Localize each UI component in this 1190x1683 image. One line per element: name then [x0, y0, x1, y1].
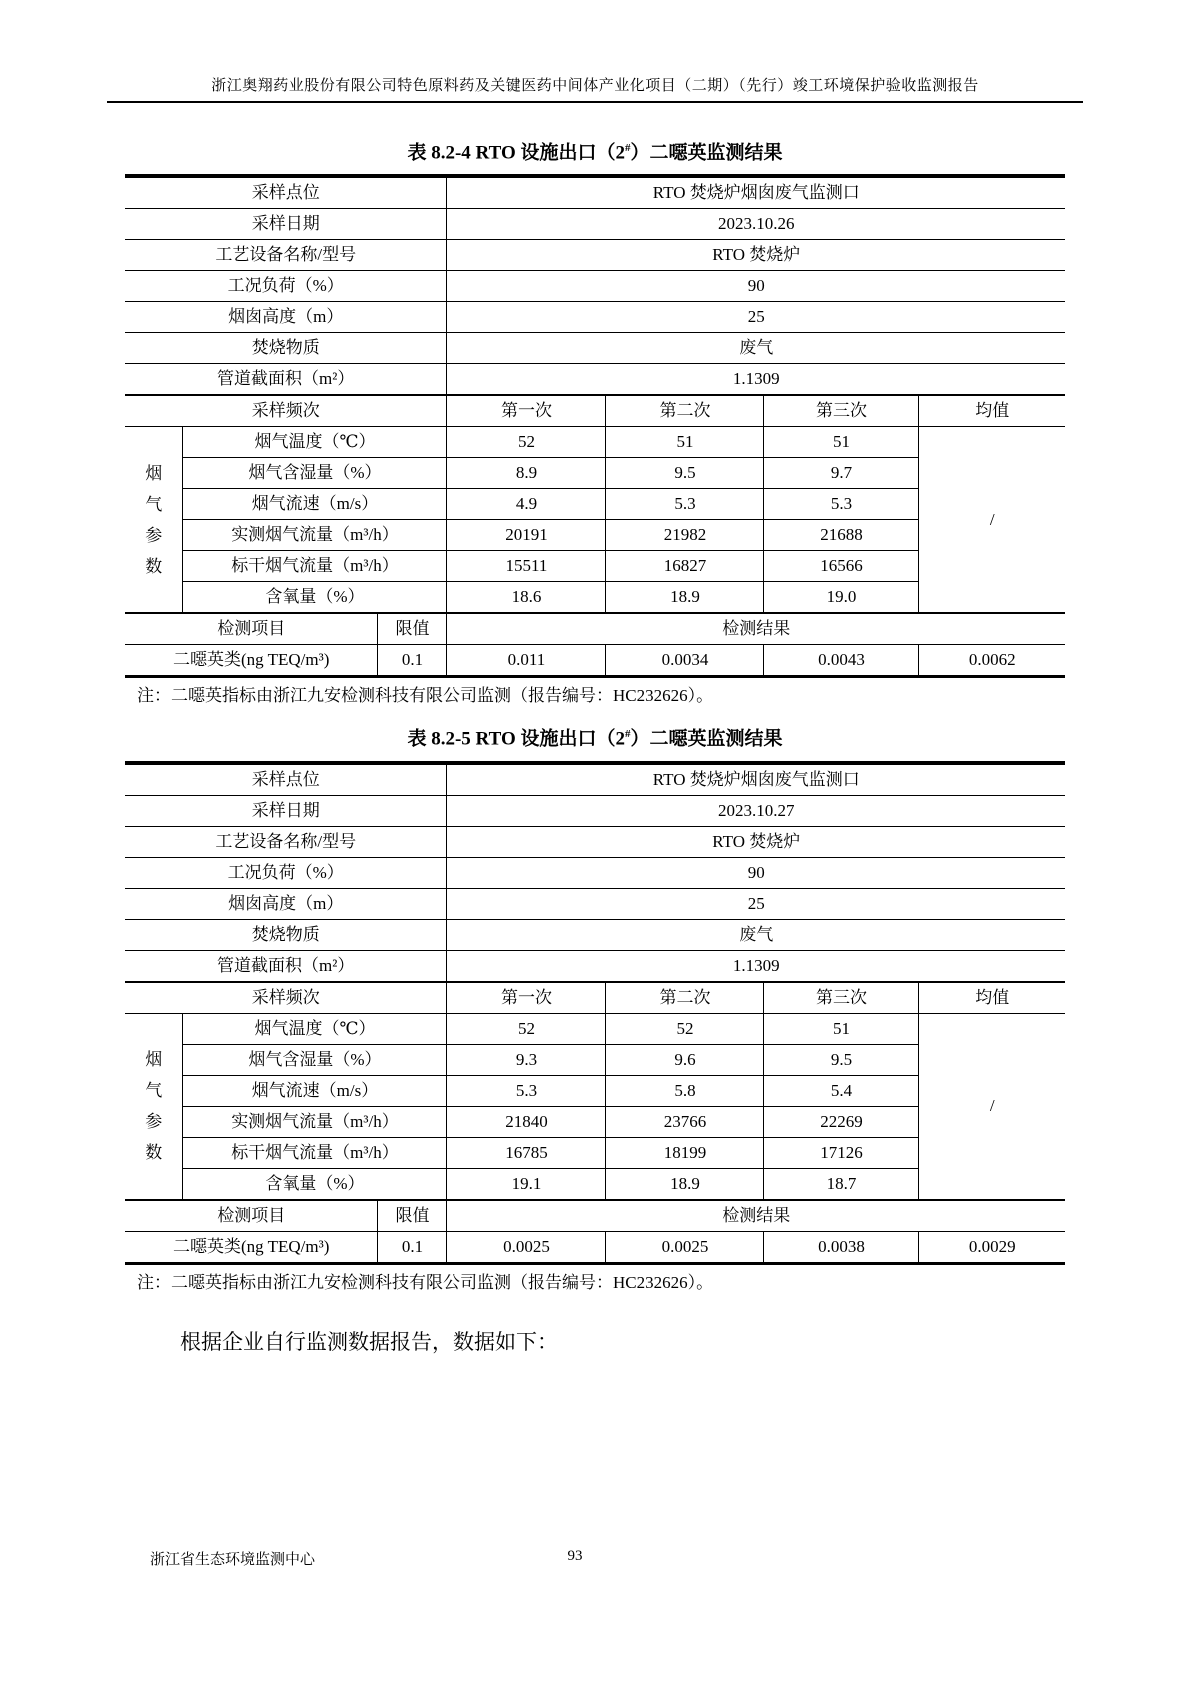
info-value-cell: 2023.10.27: [447, 795, 1065, 826]
body-paragraph: 根据企业自行监测数据报告，数据如下：: [180, 1328, 1083, 1356]
info-value-cell: 25: [447, 888, 1065, 919]
param-value-cell: 21982: [606, 520, 764, 551]
param-value-cell: 9.5: [606, 458, 764, 489]
dioxin-value-cell: 0.0034: [606, 645, 764, 677]
info-label-cell: 烟囱高度（m）: [125, 888, 447, 919]
info-label-cell: 管道截面积（m²）: [125, 950, 447, 982]
param-value-cell: 52: [447, 1013, 606, 1044]
report-header-title: 浙江奥翔药业股份有限公司特色原料药及关键医药中间体产业化项目（二期）（先行）竣工…: [211, 78, 979, 94]
dioxin-limit-cell: 0.1: [378, 1231, 447, 1263]
param-label-cell: 烟气含湿量（%）: [183, 458, 447, 489]
detection-item-cell: 检测项目: [125, 613, 378, 645]
info-value-cell: 2023.10.26: [447, 209, 1065, 240]
page-content: 浙江奥翔药业股份有限公司特色原料药及关键医药中间体产业化项目（二期）（先行）竣工…: [107, 0, 1083, 1356]
frequency-col-cell: 第二次: [606, 982, 764, 1014]
param-value-cell: 52: [606, 1013, 764, 1044]
detection-header-row: 检测项目 限值 检测结果: [125, 1200, 1065, 1232]
table-2-title-pre: 表 8.2-5 RTO 设施出口（2: [407, 729, 625, 750]
param-value-cell: 16827: [606, 551, 764, 582]
frequency-col-cell: 第三次: [764, 395, 919, 427]
param-value-cell: 5.8: [606, 1075, 764, 1106]
dioxin-mean-cell: 0.0029: [919, 1231, 1065, 1263]
info-value-cell: RTO 焚烧炉烟囱废气监测口: [447, 176, 1065, 209]
table-row: 焚烧物质 废气: [125, 333, 1065, 364]
dioxin-row: 二噁英类(ng TEQ/m³) 0.1 0.0025 0.0025 0.0038…: [125, 1231, 1065, 1263]
param-value-cell: 20191: [447, 520, 606, 551]
table-1-title-pre: 表 8.2-4 RTO 设施出口（2: [407, 142, 625, 163]
param-value-cell: 18.9: [606, 1168, 764, 1200]
param-label-cell: 实测烟气流量（m³/h）: [183, 520, 447, 551]
param-label-cell: 实测烟气流量（m³/h）: [183, 1106, 447, 1137]
footer-page-number: 93: [0, 1548, 1150, 1565]
param-label-cell: 烟气温度（℃）: [183, 427, 447, 458]
frequency-col-cell: 均值: [919, 982, 1065, 1014]
param-value-cell: 5.4: [764, 1075, 919, 1106]
param-row: 烟气参数 烟气温度（℃） 52 51 51 /: [125, 427, 1065, 458]
info-value-cell: RTO 焚烧炉: [447, 240, 1065, 271]
dioxin-label-cell: 二噁英类(ng TEQ/m³): [125, 645, 378, 677]
table-row: 管道截面积（m²） 1.1309: [125, 950, 1065, 982]
param-value-cell: 51: [764, 1013, 919, 1044]
info-value-cell: 废气: [447, 919, 1065, 950]
info-value-cell: 25: [447, 302, 1065, 333]
param-value-cell: 9.6: [606, 1044, 764, 1075]
param-group-label: 烟气参数: [145, 1044, 163, 1168]
param-label-cell: 烟气含湿量（%）: [183, 1044, 447, 1075]
detection-header-row: 检测项目 限值 检测结果: [125, 613, 1065, 645]
frequency-col-cell: 第一次: [447, 395, 606, 427]
frequency-header-row: 采样频次 第一次 第二次 第三次 均值: [125, 982, 1065, 1014]
detection-item-cell: 检测项目: [125, 1200, 378, 1232]
info-label-cell: 烟囱高度（m）: [125, 302, 447, 333]
table-row: 采样点位 RTO 焚烧炉烟囱废气监测口: [125, 176, 1065, 209]
detection-result-cell: 检测结果: [447, 613, 1065, 645]
info-label-cell: 焚烧物质: [125, 919, 447, 950]
param-value-cell: 5.3: [447, 1075, 606, 1106]
detection-limit-cell: 限值: [378, 1200, 447, 1232]
info-label-cell: 管道截面积（m²）: [125, 364, 447, 396]
frequency-col-cell: 第一次: [447, 982, 606, 1014]
table-2-title: 表 8.2-5 RTO 设施出口（2#）二噁英监测结果: [107, 721, 1083, 752]
table-2-title-post: ）二噁英监测结果: [630, 729, 782, 750]
param-value-cell: 19.0: [764, 582, 919, 614]
table-row: 管道截面积（m²） 1.1309: [125, 364, 1065, 396]
param-value-cell: 8.9: [447, 458, 606, 489]
param-label-cell: 烟气流速（m/s）: [183, 489, 447, 520]
table-1-title-post: ）二噁英监测结果: [630, 142, 782, 163]
frequency-col-cell: 第三次: [764, 982, 919, 1014]
table-row: 采样点位 RTO 焚烧炉烟囱废气监测口: [125, 763, 1065, 796]
param-value-cell: 18199: [606, 1137, 764, 1168]
info-label-cell: 焚烧物质: [125, 333, 447, 364]
param-value-cell: 52: [447, 427, 606, 458]
dioxin-value-cell: 0.0038: [764, 1231, 919, 1263]
table-1-note: 注：二噁英指标由浙江九安检测科技有限公司监测（报告编号：HC232626）。: [125, 685, 1065, 707]
detection-limit-cell: 限值: [378, 613, 447, 645]
param-value-cell: 18.7: [764, 1168, 919, 1200]
param-mean-cell: /: [919, 427, 1065, 614]
frequency-label-cell: 采样频次: [125, 395, 447, 427]
param-value-cell: 23766: [606, 1106, 764, 1137]
dioxin-row: 二噁英类(ng TEQ/m³) 0.1 0.011 0.0034 0.0043 …: [125, 645, 1065, 677]
param-value-cell: 22269: [764, 1106, 919, 1137]
info-label-cell: 工艺设备名称/型号: [125, 240, 447, 271]
info-value-cell: RTO 焚烧炉: [447, 826, 1065, 857]
param-value-cell: 18.6: [447, 582, 606, 614]
table-row: 工况负荷（%） 90: [125, 271, 1065, 302]
param-value-cell: 51: [764, 427, 919, 458]
detection-result-cell: 检测结果: [447, 1200, 1065, 1232]
info-label-cell: 采样日期: [125, 795, 447, 826]
param-value-cell: 18.9: [606, 582, 764, 614]
info-label-cell: 采样点位: [125, 176, 447, 209]
info-value-cell: 90: [447, 271, 1065, 302]
param-value-cell: 16785: [447, 1137, 606, 1168]
table-row: 工艺设备名称/型号 RTO 焚烧炉: [125, 240, 1065, 271]
param-value-cell: 9.3: [447, 1044, 606, 1075]
param-label-cell: 含氧量（%）: [183, 582, 447, 614]
info-label-cell: 采样日期: [125, 209, 447, 240]
table-1-title: 表 8.2-4 RTO 设施出口（2#）二噁英监测结果: [107, 135, 1083, 166]
param-label-cell: 标干烟气流量（m³/h）: [183, 1137, 447, 1168]
param-value-cell: 15511: [447, 551, 606, 582]
frequency-header-row: 采样频次 第一次 第二次 第三次 均值: [125, 395, 1065, 427]
param-group-label: 烟气参数: [145, 458, 163, 582]
document-page: 浙江奥翔药业股份有限公司特色原料药及关键医药中间体产业化项目（二期）（先行）竣工…: [0, 0, 1190, 1683]
info-label-cell: 采样点位: [125, 763, 447, 796]
table-row: 烟囱高度（m） 25: [125, 888, 1065, 919]
table-row: 焚烧物质 废气: [125, 919, 1065, 950]
dioxin-limit-cell: 0.1: [378, 645, 447, 677]
param-value-cell: 21840: [447, 1106, 606, 1137]
dioxin-value-cell: 0.0043: [764, 645, 919, 677]
param-value-cell: 51: [606, 427, 764, 458]
info-label-cell: 工况负荷（%）: [125, 857, 447, 888]
info-label-cell: 工艺设备名称/型号: [125, 826, 447, 857]
param-value-cell: 4.9: [447, 489, 606, 520]
info-value-cell: 90: [447, 857, 1065, 888]
param-label-cell: 烟气温度（℃）: [183, 1013, 447, 1044]
table-row: 采样日期 2023.10.27: [125, 795, 1065, 826]
dioxin-value-cell: 0.0025: [447, 1231, 606, 1263]
param-group-label-cell: 烟气参数: [125, 1013, 183, 1200]
page-header: 浙江奥翔药业股份有限公司特色原料药及关键医药中间体产业化项目（二期）（先行）竣工…: [107, 0, 1083, 103]
param-value-cell: 16566: [764, 551, 919, 582]
table-2-note: 注：二噁英指标由浙江九安检测科技有限公司监测（报告编号：HC232626）。: [125, 1272, 1065, 1294]
dioxin-value-cell: 0.0025: [606, 1231, 764, 1263]
info-value-cell: 1.1309: [447, 950, 1065, 982]
param-value-cell: 5.3: [764, 489, 919, 520]
frequency-col-cell: 均值: [919, 395, 1065, 427]
table-row: 烟囱高度（m） 25: [125, 302, 1065, 333]
param-value-cell: 19.1: [447, 1168, 606, 1200]
info-value-cell: 废气: [447, 333, 1065, 364]
dioxin-mean-cell: 0.0062: [919, 645, 1065, 677]
dioxin-monitoring-table-2: 采样点位 RTO 焚烧炉烟囱废气监测口 采样日期 2023.10.27 工艺设备…: [125, 761, 1065, 1265]
param-group-label-cell: 烟气参数: [125, 427, 183, 614]
param-label-cell: 含氧量（%）: [183, 1168, 447, 1200]
frequency-col-cell: 第二次: [606, 395, 764, 427]
param-value-cell: 9.5: [764, 1044, 919, 1075]
param-value-cell: 5.3: [606, 489, 764, 520]
dioxin-label-cell: 二噁英类(ng TEQ/m³): [125, 1231, 378, 1263]
info-value-cell: RTO 焚烧炉烟囱废气监测口: [447, 763, 1065, 796]
table-row: 采样日期 2023.10.26: [125, 209, 1065, 240]
param-label-cell: 标干烟气流量（m³/h）: [183, 551, 447, 582]
param-mean-cell: /: [919, 1013, 1065, 1200]
frequency-label-cell: 采样频次: [125, 982, 447, 1014]
param-value-cell: 9.7: [764, 458, 919, 489]
dioxin-value-cell: 0.011: [447, 645, 606, 677]
param-label-cell: 烟气流速（m/s）: [183, 1075, 447, 1106]
param-value-cell: 21688: [764, 520, 919, 551]
param-row: 烟气参数 烟气温度（℃） 52 52 51 /: [125, 1013, 1065, 1044]
table-row: 工况负荷（%） 90: [125, 857, 1065, 888]
param-value-cell: 17126: [764, 1137, 919, 1168]
info-value-cell: 1.1309: [447, 364, 1065, 396]
table-row: 工艺设备名称/型号 RTO 焚烧炉: [125, 826, 1065, 857]
info-label-cell: 工况负荷（%）: [125, 271, 447, 302]
dioxin-monitoring-table-1: 采样点位 RTO 焚烧炉烟囱废气监测口 采样日期 2023.10.26 工艺设备…: [125, 174, 1065, 678]
